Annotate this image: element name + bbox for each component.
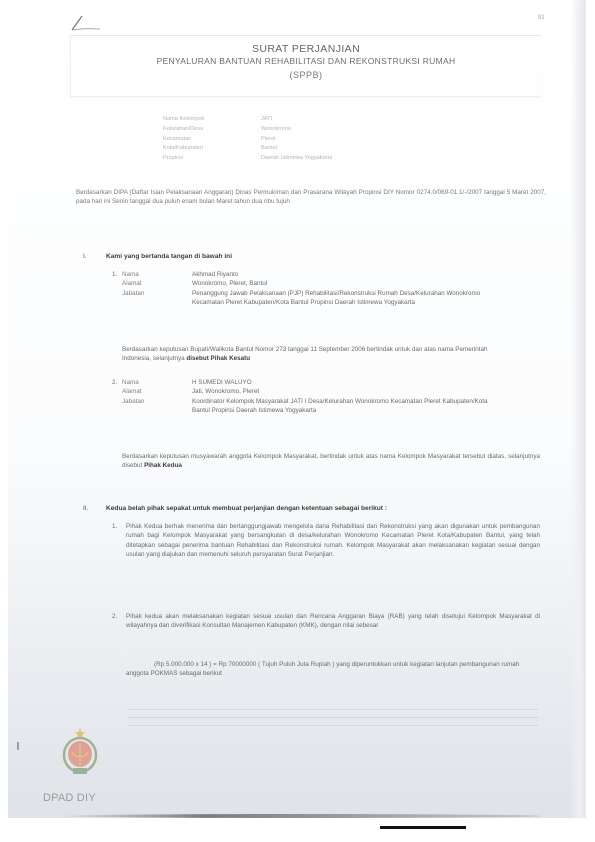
- page-shadow: [60, 814, 540, 818]
- party-2-name: H SUMEDI WALUYO: [192, 378, 502, 387]
- party-2-address: Jati, Wonokromo, Pleret: [192, 387, 502, 396]
- pen-mark-icon: [70, 12, 110, 32]
- party-1-designation: disebut Pihak Kesatu: [186, 355, 250, 362]
- section-1-number: I.: [83, 253, 87, 260]
- party-1-number: 1.: [112, 270, 117, 279]
- party-1-position: Penanggung Jawab Pelaksanaan (PJP) Rehab…: [192, 289, 502, 308]
- party-1-name: Akhmad Riyanto: [192, 270, 502, 279]
- section-2-heading: Kedua belah pihak sepakat untuk membuat …: [106, 504, 387, 513]
- section-2-number: II.: [83, 505, 88, 512]
- scan-bar-mark: [380, 826, 466, 829]
- document-title: SURAT PERJANJIAN: [71, 43, 541, 55]
- party-1-statement: Berdasarkan keputusan Bupati/Walikota Ba…: [122, 345, 502, 364]
- party-1: NamaAkhmad Riyanto AlamatWonokromo, Pler…: [122, 270, 502, 308]
- clause-2-number: 2.: [112, 612, 117, 621]
- diy-emblem-icon: [60, 728, 100, 778]
- title-box: SURAT PERJANJIAN PENYALURAN BANTUAN REHA…: [70, 35, 541, 97]
- margin-mark: [17, 742, 19, 750]
- info-row: Nama KelompokJATI: [163, 115, 332, 125]
- clause-1-text: Pihak Kedua berhak menerima dan bertangg…: [126, 522, 540, 560]
- info-row: PropinsiDaerah Istimewa Yogyakarta: [163, 154, 332, 164]
- document-page: 91 SURAT PERJANJIAN PENYALURAN BANTUAN R…: [8, 0, 586, 818]
- group-info: Nama KelompokJATI Kelurahan/DesaWonokrom…: [163, 115, 332, 164]
- party-1-address: Wonokromo, Pleret, Bantul: [192, 279, 502, 288]
- party-2-designation: Pihak Kedua: [144, 462, 182, 469]
- party-2: NamaH SUMEDI WALUYO AlamatJati, Wonokrom…: [122, 378, 502, 416]
- party-2-statement: Berdasarkan keputusan musyawarah anggota…: [122, 452, 540, 471]
- clause-1-number: 1.: [112, 522, 117, 531]
- section-1-heading: Kami yang bertanda tangan di bawah ini: [106, 252, 232, 261]
- document-subtitle: PENYALURAN BANTUAN REHABILITASI DAN REKO…: [71, 56, 541, 66]
- info-row: Kelurahan/DesaWonokromo: [163, 125, 332, 135]
- faded-text-lines: [128, 702, 538, 742]
- document-code: (SPPB): [71, 70, 541, 80]
- watermark-label: DPAD DIY: [43, 792, 96, 804]
- page-number: 91: [538, 15, 545, 21]
- info-row: KecamatanPleret: [163, 135, 332, 145]
- page-edge: [570, 0, 586, 818]
- info-row: Kota/KabupatenBantul: [163, 144, 332, 154]
- preamble: Berdasarkan DIPA (Daftar Isian Pelaksana…: [76, 188, 546, 207]
- clause-2-text: Pihak kedua akan melaksanakan kegiatan s…: [126, 612, 540, 631]
- party-2-position: Koordinator Kelompok Masyarakat JATI I D…: [192, 397, 502, 416]
- clause-2-amount: (Rp 5.000.000 x 14 ) = Rp 70000000 ( Tuj…: [126, 660, 540, 679]
- party-2-number: 2.: [112, 378, 117, 387]
